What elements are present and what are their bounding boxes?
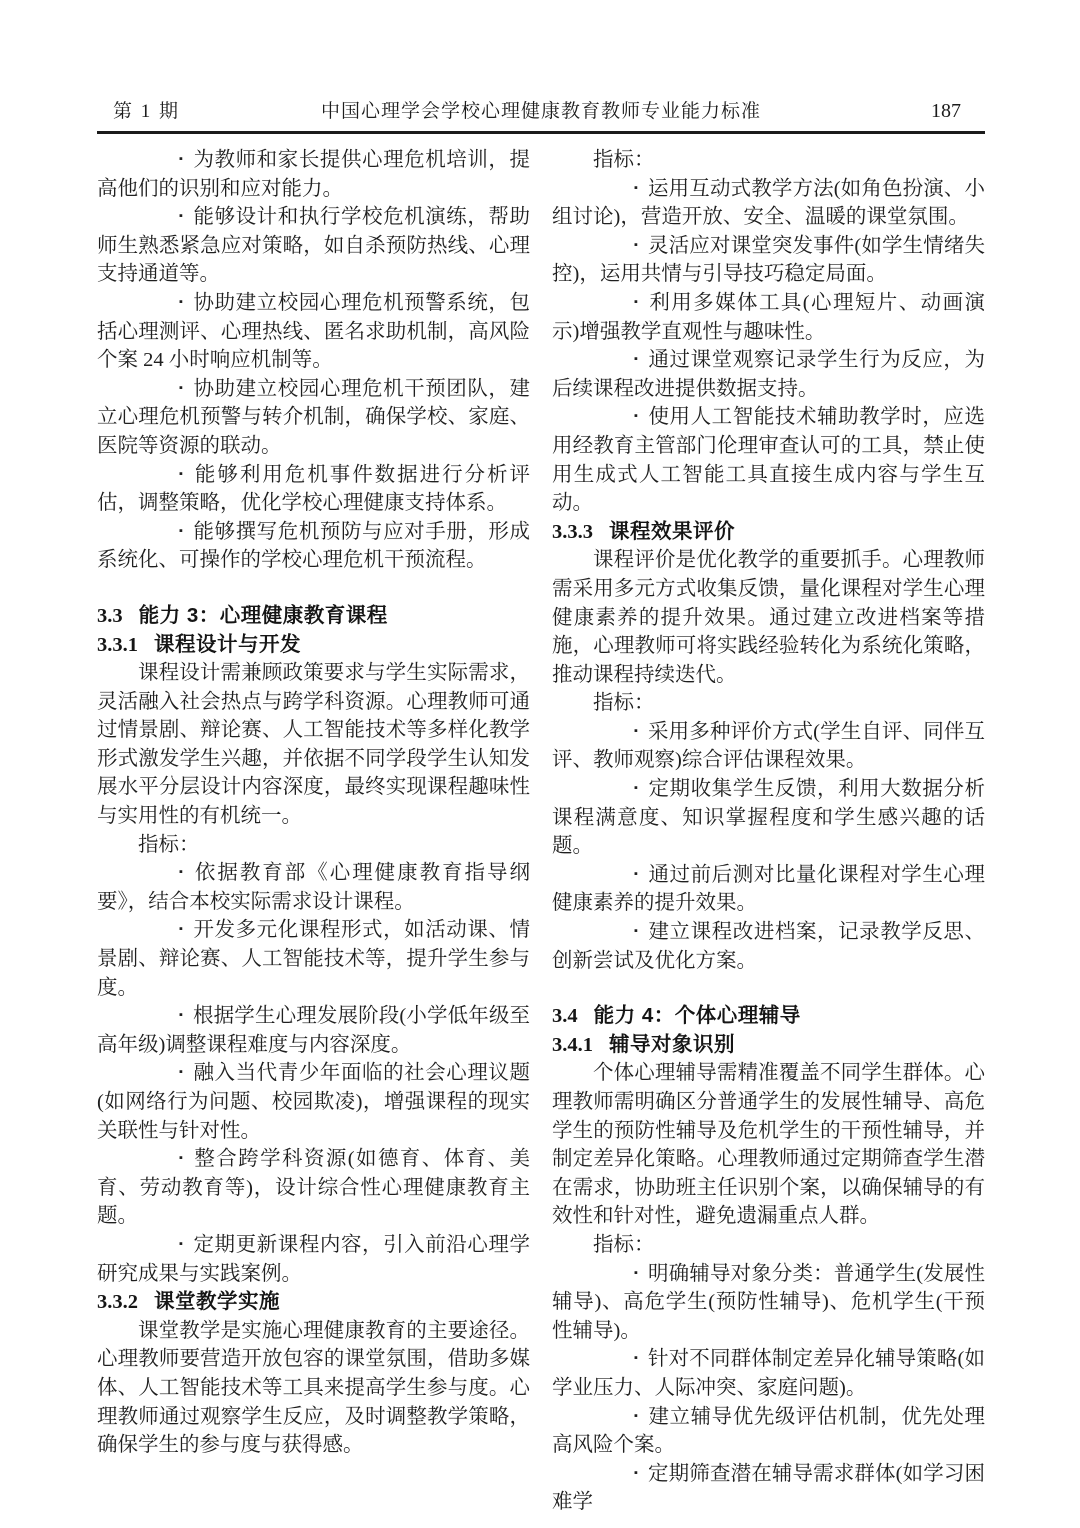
bullet-icon: ▪ [138,383,183,394]
bullet-item: ▪整合跨学科资源(如德育、体育、美育、劳动教育等)，设计综合性心理健康教育主题。 [97,1145,530,1231]
bullet-icon: ▪ [138,1239,183,1250]
paragraph: 指标： [552,1231,985,1260]
bullet-item: ▪协助建立校园心理危机预警系统，包括心理测评、心理热线、匿名求助机制，高风险个案… [97,289,530,375]
bullet-item: ▪融入当代青少年面临的社会心理议题(如网络行为问题、校园欺凌)，增强课程的现实关… [97,1059,530,1145]
running-title: 中国心理学会学校心理健康教育教师专业能力标准 [227,96,855,123]
bullet-icon: ▪ [138,1010,183,1021]
paragraph: 指标： [552,146,985,175]
bullet-item: ▪利用多媒体工具(心理短片、动画演示)增强教学直观性与趣味性。 [552,289,985,346]
section-number: 3.3.3 [552,521,593,543]
bullet-icon: ▪ [593,297,638,308]
bullet-item: ▪明确辅导对象分类：普通学生(发展性辅导)、高危学生(预防性辅导)、危机学生(干… [552,1260,985,1346]
bullet-icon: ▪ [593,240,638,251]
paragraph: 个体心理辅导需精准覆盖不同学生群体。心理教师需明确区分普通学生的发展性辅导、高危… [552,1059,985,1231]
bullet-item: ▪定期收集学生反馈，利用大数据分析课程满意度、知识掌握程度和学生感兴趣的话题。 [552,775,985,861]
bullet-icon: ▪ [593,1468,638,1479]
bullet-icon: ▪ [593,1411,638,1422]
bullet-icon: ▪ [138,154,183,165]
bullet-icon: ▪ [138,1153,183,1164]
section-number: 3.3 [97,605,123,627]
bullet-item: ▪能够利用危机事件数据进行分析评估，调整策略，优化学校心理健康支持体系。 [97,461,530,518]
section-heading-3.3.3: 3.3.3课程效果评价 [552,518,985,547]
bullet-icon: ▪ [138,469,183,480]
bullet-icon: ▪ [138,297,183,308]
bullet-item: ▪开发多元化课程形式，如活动课、情景剧、辩论赛、人工智能技术等，提升学生参与度。 [97,916,530,1002]
bullet-item: ▪协助建立校园心理危机干预团队，建立心理危机预警与转介机制，确保学校、家庭、医院… [97,375,530,461]
bullet-icon: ▪ [593,726,638,737]
bullet-item: ▪定期更新课程内容，引入前沿心理学研究成果与实践案例。 [97,1231,530,1288]
bullet-icon: ▪ [138,211,183,222]
bullet-icon: ▪ [593,1353,638,1364]
section-title: 能力 4：个体心理辅导 [594,1004,801,1027]
bullet-item: ▪为教师和家长提供心理危机培训，提高他们的识别和应对能力。 [97,146,530,203]
bullet-item: ▪灵活应对课堂突发事件(如学生情绪失控)，运用共情与引导技巧稳定局面。 [552,232,985,289]
paragraph: 课堂教学是实施心理健康教育的主要途径。心理教师要营造开放包容的课堂氛围，借助多媒… [97,1317,530,1460]
section-heading-3.3.1: 3.3.1课程设计与开发 [97,631,530,660]
bullet-icon: ▪ [138,924,183,935]
section-heading-3.4: 3.4能力 4：个体心理辅导 [552,1002,985,1031]
section-title: 课程效果评价 [609,520,735,543]
left-column: ▪为教师和家长提供心理危机培训，提高他们的识别和应对能力。▪能够设计和执行学校危… [97,146,530,1517]
bullet-item: ▪依据教育部《心理健康教育指导纲要》，结合本校实际需求设计课程。 [97,859,530,916]
header-rule [97,131,985,134]
paragraph: 课程设计需兼顾政策要求与学生实际需求，灵活融入社会热点与跨学科资源。心理教师可通… [97,659,530,831]
page-number: 187 [855,100,985,123]
section-number: 3.3.1 [97,634,138,656]
bullet-icon: ▪ [593,183,638,194]
section-title: 课程设计与开发 [154,633,301,656]
bullet-icon: ▪ [138,867,183,878]
bullet-item: ▪能够设计和执行学校危机演练，帮助师生熟悉紧急应对策略，如自杀预防热线、心理支持… [97,203,530,289]
bullet-icon: ▪ [593,1268,638,1279]
bullet-item: ▪定期筛查潜在辅导需求群体(如学习困难学 [552,1460,985,1517]
section-heading-3.3: 3.3能力 3：心理健康教育课程 [97,602,530,631]
section-number: 3.4.1 [552,1034,593,1056]
bullet-item: ▪运用互动式教学方法(如角色扮演、小组讨论)，营造开放、安全、温暖的课堂氛围。 [552,175,985,232]
section-heading-3.3.2: 3.3.2课堂教学实施 [97,1288,530,1317]
bullet-item: ▪采用多种评价方式(学生自评、同伴互评、教师观察)综合评估课程效果。 [552,718,985,775]
bullet-item: ▪能够撰写危机预防与应对手册，形成系统化、可操作的学校心理危机干预流程。 [97,518,530,575]
issue-label: 第 1 期 [97,96,227,123]
page-header: 第 1 期 中国心理学会学校心理健康教育教师专业能力标准 187 [97,96,985,123]
section-title: 辅导对象识别 [609,1033,735,1056]
bullet-item: ▪根据学生心理发展阶段(小学低年级至高年级)调整课程难度与内容深度。 [97,1002,530,1059]
bullet-item: ▪建立辅导优先级评估机制，优先处理高风险个案。 [552,1403,985,1460]
section-number: 3.3.2 [97,1291,138,1313]
bullet-icon: ▪ [138,1067,183,1078]
section-title: 能力 3：心理健康教育课程 [139,604,388,627]
bullet-icon: ▪ [593,354,638,365]
section-number: 3.4 [552,1005,578,1027]
section-title: 课堂教学实施 [154,1290,280,1313]
bullet-icon: ▪ [593,411,638,422]
bullet-icon: ▪ [593,783,638,794]
right-column: 指标：▪运用互动式教学方法(如角色扮演、小组讨论)，营造开放、安全、温暖的课堂氛… [552,146,985,1517]
section-heading-3.4.1: 3.4.1辅导对象识别 [552,1031,985,1060]
bullet-item: ▪使用人工智能技术辅助教学时，应选用经教育主管部门伦理审查认可的工具，禁止使用生… [552,403,985,517]
bullet-icon: ▪ [138,526,183,537]
bullet-item: ▪通过课堂观察记录学生行为反应，为后续课程改进提供数据支持。 [552,346,985,403]
bullet-item: ▪通过前后测对比量化课程对学生心理健康素养的提升效果。 [552,861,985,918]
bullet-icon: ▪ [593,869,638,880]
paragraph: 指标： [97,831,530,860]
bullet-item: ▪建立课程改进档案，记录教学反思、创新尝试及优化方案。 [552,918,985,975]
text-columns: ▪为教师和家长提供心理危机培训，提高他们的识别和应对能力。▪能够设计和执行学校危… [97,146,985,1517]
paragraph: 指标： [552,689,985,718]
paragraph: 课程评价是优化教学的重要抓手。心理教师需采用多元方式收集反馈，量化课程对学生心理… [552,546,985,689]
journal-page: 第 1 期 中国心理学会学校心理健康教育教师专业能力标准 187 ▪为教师和家长… [0,0,1080,1528]
bullet-item: ▪针对不同群体制定差异化辅导策略(如学业压力、人际冲突、家庭问题)。 [552,1345,985,1402]
bullet-icon: ▪ [593,926,638,937]
